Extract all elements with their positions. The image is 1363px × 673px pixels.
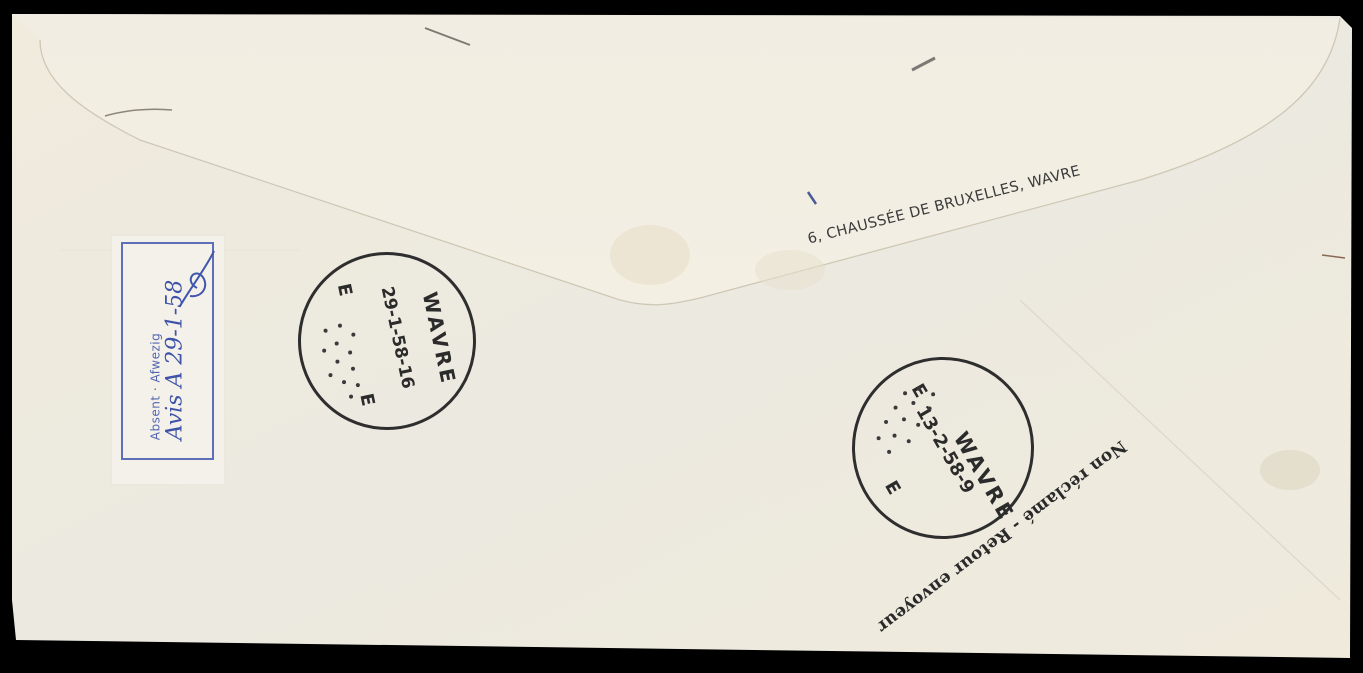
postmark-dots [295, 249, 479, 433]
absent-printed-text: Absent · Afwezig [149, 280, 163, 440]
postmark-wavre-1: WAVRE 29-1-58-16 E E [292, 246, 482, 436]
envelope-photo: 6, CHAUSSÉE DE BRUXELLES, WAVRE Absent ·… [0, 0, 1363, 673]
absent-notice-label: Absent · Afwezig Avis A 29-1-58 [112, 236, 224, 484]
signature-scribble [172, 246, 222, 316]
postmark-wavre-2: WAVRE 13-2-58-9 E E [849, 354, 1037, 542]
postmark-dots [852, 357, 1034, 539]
